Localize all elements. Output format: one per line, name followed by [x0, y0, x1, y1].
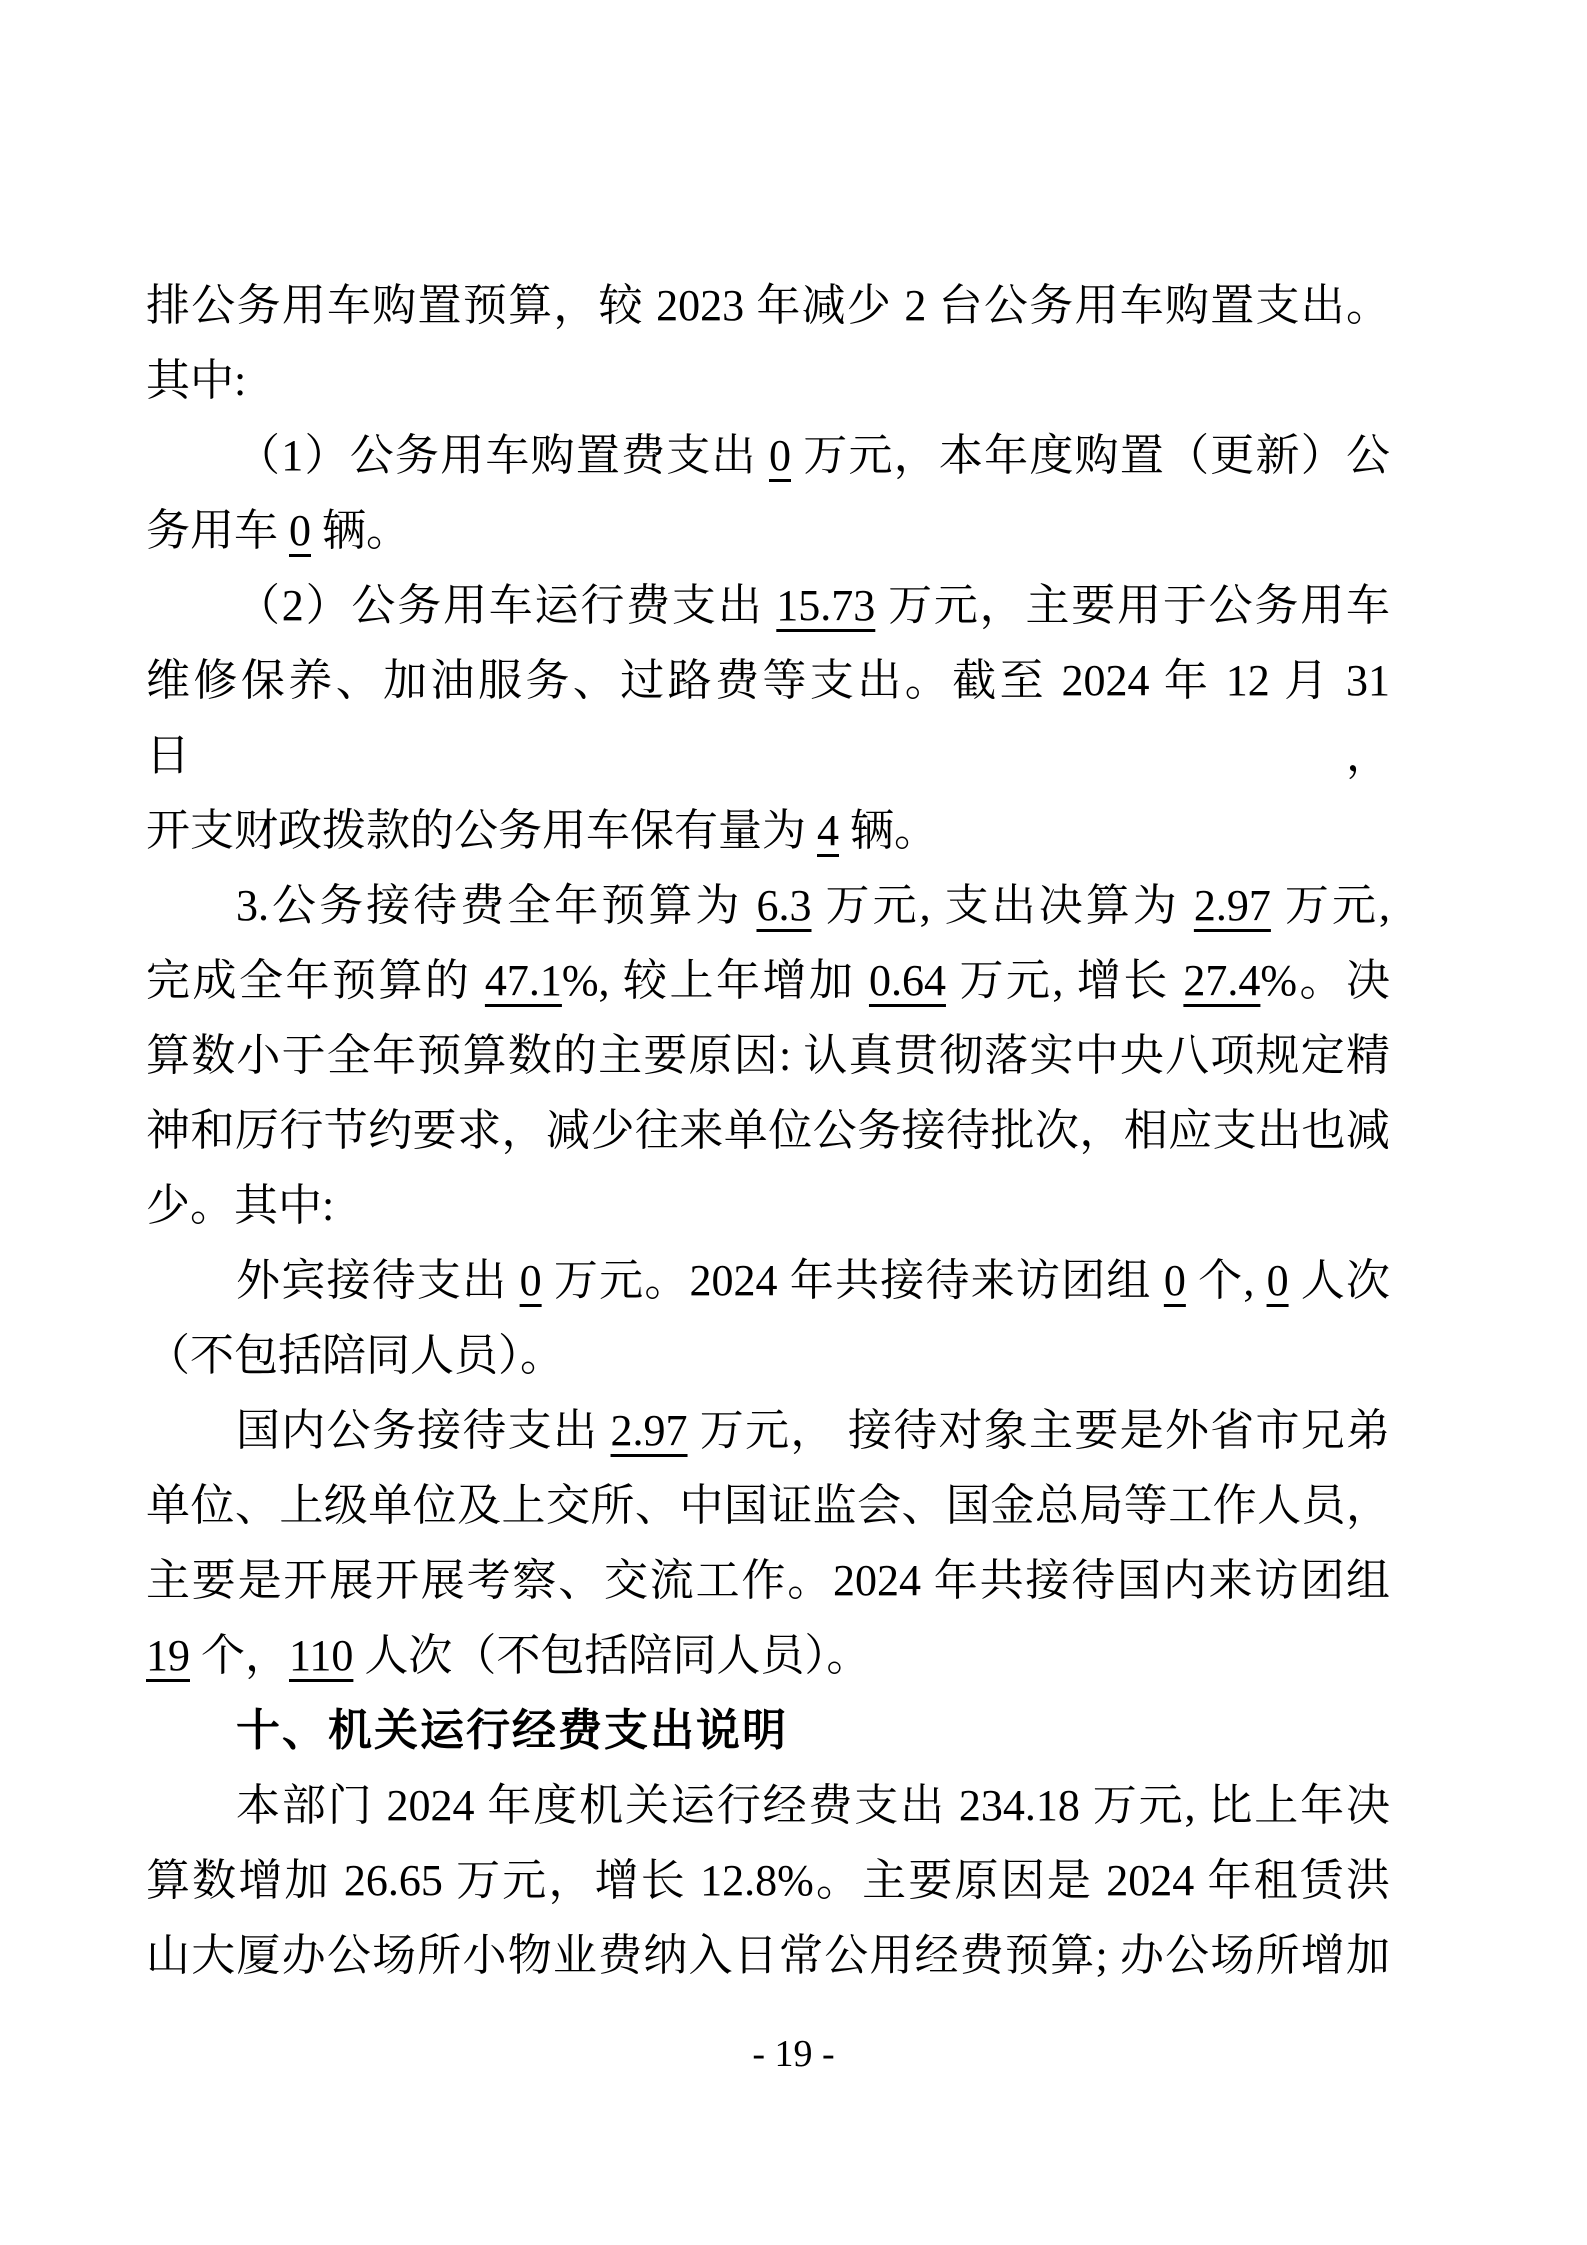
text-run: 万元,	[1271, 881, 1390, 930]
text-run: （2）公务用车运行费支出	[236, 581, 776, 630]
text-run: 务用车	[146, 506, 289, 555]
text-run: 万元, 支出决算为	[811, 881, 1193, 930]
underlined-value: 19	[146, 1631, 190, 1680]
text-run: 万元， 接待对象主要是外省市兄弟	[688, 1406, 1390, 1455]
text-run: 少。其中:	[146, 1181, 334, 1230]
text-run: %, 较上年增加	[562, 956, 869, 1005]
text-run: 十、机关运行经费支出说明	[236, 1706, 788, 1755]
text-run: 万元。2024 年共接待来访团组	[542, 1256, 1164, 1305]
text-run: 算数小于全年预算数的主要原因: 认真贯彻落实中央八项规定精	[146, 1031, 1390, 1080]
text-line: 开支财政拨款的公务用车保有量为 4 辆。	[146, 793, 1390, 868]
underlined-value: 0	[520, 1256, 542, 1305]
text-run: 万元, 增长	[946, 956, 1183, 1005]
underlined-value: 0	[289, 506, 311, 555]
text-run: 维修保养、加油服务、过路费等支出。截至 2024 年 12 月 31 日，	[146, 656, 1390, 780]
underlined-value: 0	[1164, 1256, 1186, 1305]
text-run: 神和厉行节约要求，减少往来单位公务接待批次，相应支出也减	[146, 1106, 1390, 1155]
text-run: （1）公务用车购置费支出	[236, 431, 769, 480]
text-line: 外宾接待支出 0 万元。2024 年共接待来访团组 0 个, 0 人次	[146, 1243, 1390, 1318]
text-run: 辆。	[311, 506, 410, 555]
text-line: 务用车 0 辆。	[146, 493, 1390, 568]
text-run: 外宾接待支出	[236, 1256, 520, 1305]
text-run: 万元，本年度购置（更新）公	[791, 431, 1390, 480]
text-line: 其中:	[146, 343, 1390, 418]
text-run: 个，	[190, 1631, 289, 1680]
underlined-value: 15.73	[776, 581, 875, 630]
text-run: 排公务用车购置预算，较 2023 年减少 2 台公务用车购置支出。	[146, 281, 1390, 330]
text-line: （不包括陪同人员）。	[146, 1318, 1390, 1393]
text-run: 万元，主要用于公务用车	[875, 581, 1390, 630]
text-line: 单位、上级单位及上交所、中国证监会、国金总局等工作人员，	[146, 1468, 1390, 1543]
text-line: 完成全年预算的 47.1%, 较上年增加 0.64 万元, 增长 27.4%。决	[146, 943, 1390, 1018]
text-line: 排公务用车购置预算，较 2023 年减少 2 台公务用车购置支出。	[146, 268, 1390, 343]
text-line: 3.公务接待费全年预算为 6.3 万元, 支出决算为 2.97 万元,	[146, 868, 1390, 943]
underlined-value: 47.1	[485, 956, 562, 1005]
underlined-value: 2.97	[1194, 881, 1271, 930]
text-line: 山大厦办公场所小物业费纳入日常公用经费预算; 办公场所增加	[146, 1918, 1390, 1993]
section-heading: 十、机关运行经费支出说明	[146, 1693, 1390, 1768]
text-line: 维修保养、加油服务、过路费等支出。截至 2024 年 12 月 31 日，	[146, 643, 1390, 793]
text-line: 国内公务接待支出 2.97 万元， 接待对象主要是外省市兄弟	[146, 1393, 1390, 1468]
page-number: - 19 -	[0, 2032, 1587, 2076]
text-run: %。决	[1260, 956, 1390, 1005]
underlined-value: 4	[817, 806, 839, 855]
text-run: 个,	[1186, 1256, 1267, 1305]
underlined-value: 110	[289, 1631, 353, 1680]
text-run: 人次	[1289, 1256, 1390, 1305]
text-run: 算数增加 26.65 万元，增长 12.8%。主要原因是 2024 年租赁洪	[146, 1856, 1390, 1905]
text-run: 本部门 2024 年度机关运行经费支出 234.18 万元, 比上年决	[236, 1781, 1390, 1830]
underlined-value: 0.64	[869, 956, 946, 1005]
text-run: 完成全年预算的	[146, 956, 485, 1005]
text-run: 其中:	[146, 356, 246, 405]
underlined-value: 2.97	[611, 1406, 688, 1455]
text-line: 算数小于全年预算数的主要原因: 认真贯彻落实中央八项规定精	[146, 1018, 1390, 1093]
text-line: 算数增加 26.65 万元，增长 12.8%。主要原因是 2024 年租赁洪	[146, 1843, 1390, 1918]
text-line: （1）公务用车购置费支出 0 万元，本年度购置（更新）公	[146, 418, 1390, 493]
text-run: 人次（不包括陪同人员）。	[353, 1631, 870, 1680]
underlined-value: 0	[769, 431, 791, 480]
text-run: 开支财政拨款的公务用车保有量为	[146, 806, 817, 855]
text-line: （2）公务用车运行费支出 15.73 万元，主要用于公务用车	[146, 568, 1390, 643]
underlined-value: 0	[1267, 1256, 1289, 1305]
text-run: 单位、上级单位及上交所、中国证监会、国金总局等工作人员，	[146, 1481, 1390, 1530]
text-run: 主要是开展开展考察、交流工作。2024 年共接待国内来访团组	[146, 1556, 1390, 1605]
document-body: 排公务用车购置预算，较 2023 年减少 2 台公务用车购置支出。其中:（1）公…	[146, 268, 1390, 1993]
text-run: 山大厦办公场所小物业费纳入日常公用经费预算; 办公场所增加	[146, 1931, 1390, 1980]
text-run: 辆。	[839, 806, 938, 855]
text-run: （不包括陪同人员）。	[146, 1331, 564, 1380]
text-line: 少。其中:	[146, 1168, 1390, 1243]
document-page: 排公务用车购置预算，较 2023 年减少 2 台公务用车购置支出。其中:（1）公…	[0, 0, 1587, 2245]
text-line: 主要是开展开展考察、交流工作。2024 年共接待国内来访团组	[146, 1543, 1390, 1618]
text-run: 3.公务接待费全年预算为	[236, 881, 756, 930]
text-line: 19 个，110 人次（不包括陪同人员）。	[146, 1618, 1390, 1693]
text-line: 本部门 2024 年度机关运行经费支出 234.18 万元, 比上年决	[146, 1768, 1390, 1843]
text-line: 神和厉行节约要求，减少往来单位公务接待批次，相应支出也减	[146, 1093, 1390, 1168]
text-run: 国内公务接待支出	[236, 1406, 611, 1455]
underlined-value: 6.3	[756, 881, 811, 930]
underlined-value: 27.4	[1183, 956, 1260, 1005]
